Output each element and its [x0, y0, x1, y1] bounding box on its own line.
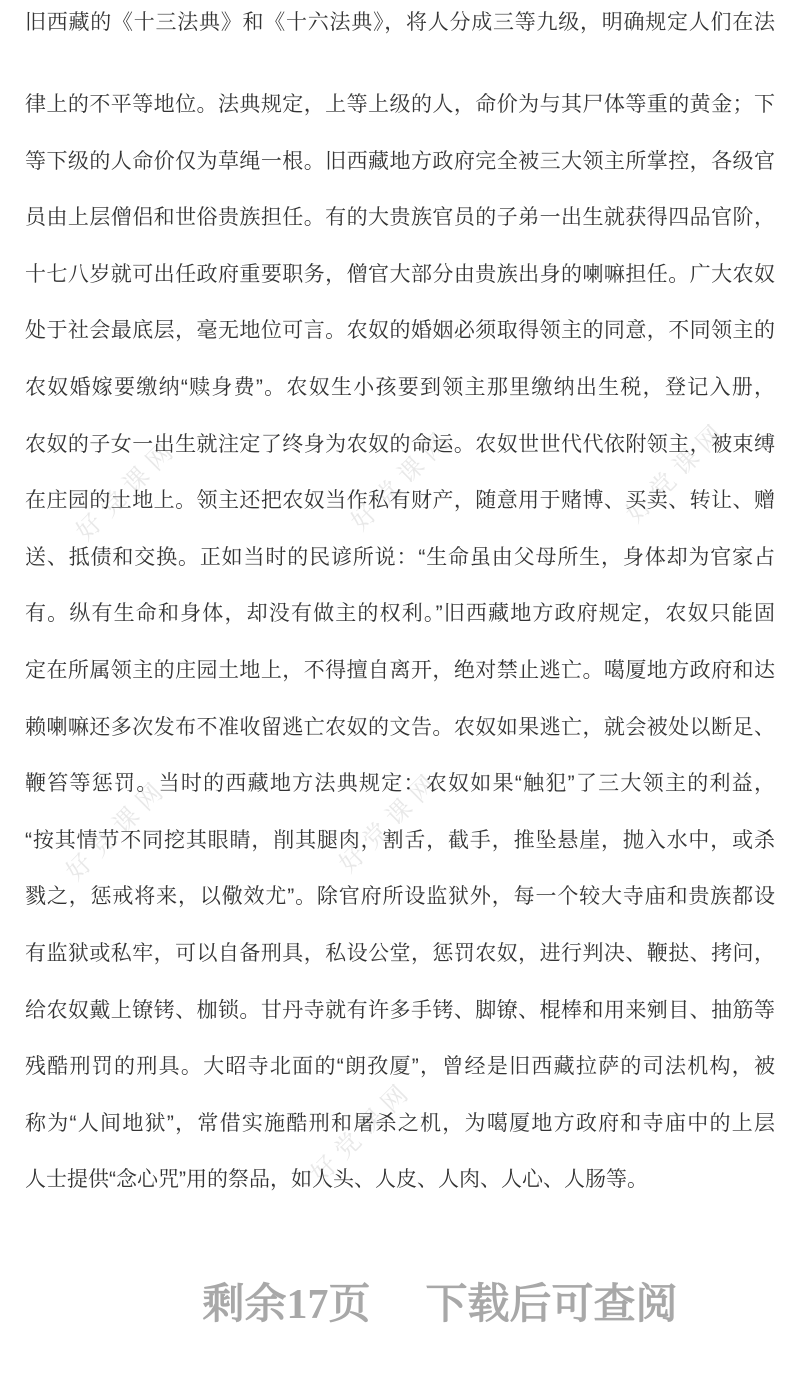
text-line: “按其情节不同挖其眼睛，削其腿肉，割舌，截手，推坠悬崖，抛入水中，或杀	[25, 813, 775, 870]
text-line: 律上的不平等地位。法典规定，上等上级的人，命价为与其尸体等重的黄金；下	[25, 77, 775, 134]
text-line: 人士提供“念心咒”用的祭品，如人头、人皮、人肉、人心、人肠等。	[25, 1152, 775, 1209]
text-line: 十七八岁就可出任政府重要职务，僧官大部分由贵族出身的喇嘛担任。广大农奴	[25, 247, 775, 304]
text-line: 定在所属领主的庄园土地上，不得擅自离开，绝对禁止逃亡。噶厦地方政府和达	[25, 643, 775, 700]
text-line: 有监狱或私牢，可以自备刑具，私设公堂，惩罚农奴，进行判决、鞭挞、拷问，	[25, 926, 775, 983]
text-line: 处于社会最底层，毫无地位可言。农奴的婚姻必须取得领主的同意，不同领主的	[25, 303, 775, 360]
text-line: 员由上层僧侣和世俗贵族担任。有的大贵族官员的子弟一出生就获得四品官阶，	[25, 190, 775, 247]
text-line: 给农奴戴上镣铐、枷锁。甘丹寺就有许多手铐、脚镣、棍棒和用来剜目、抽筋等	[25, 983, 775, 1040]
document-body: 旧西藏的《十三法典》和《十六法典》，将人分成三等九级，明确规定人们在法律上的不平…	[25, 0, 775, 1209]
text-line: 残酷刑罚的刑具。大昭寺北面的“朗孜厦”，曾经是旧西藏拉萨的司法机构，被	[25, 1039, 775, 1096]
text-line: 戮之，惩戒将来，以儆效尤”。除官府所设监狱外，每一个较大寺庙和贵族都设	[25, 869, 775, 926]
text-line: 鞭笞等惩罚。当时的西藏地方法典规定：农奴如果“触犯”了三大领主的利益，	[25, 756, 775, 813]
text-line: 赖喇嘛还多次发布不准收留逃亡农奴的文告。农奴如果逃亡，就会被处以断足、	[25, 700, 775, 757]
text-line: 农奴婚嫁要缴纳“赎身费”。农奴生小孩要到领主那里缴纳出生税，登记入册，	[25, 360, 775, 417]
remaining-pages-label: 剩余17页	[202, 1283, 370, 1327]
text-line: 农奴的子女一出生就注定了终身为农奴的命运。农奴世世代代依附领主，被束缚	[25, 417, 775, 474]
text-line: 有。纵有生命和身体，却没有做主的权利。”旧西藏地方政府规定，农奴只能固	[25, 586, 775, 643]
download-hint-label: 下载后可查阅	[426, 1283, 678, 1327]
text-line: 送、抵债和交换。正如当时的民谚所说：“生命虽由父母所生，身体却为官家占	[25, 530, 775, 587]
text-line: 在庄园的土地上。领主还把农奴当作私有财产，随意用于赌博、买卖、转让、赠	[25, 473, 775, 530]
pages-remaining-notice: 剩余17页 下载后可查阅	[40, 1283, 800, 1327]
document-page: 好党课网好党课网好党课网好党课网好党课网好党课网 旧西藏的《十三法典》和《十六法…	[0, 0, 800, 1388]
text-line: 称为“人间地狱”，常借实施酷刑和屠杀之机，为噶厦地方政府和寺庙中的上层	[25, 1096, 775, 1153]
text-line: 旧西藏的《十三法典》和《十六法典》，将人分成三等九级，明确规定人们在法	[25, 0, 775, 46]
text-line: 等下级的人命价仅为草绳一根。旧西藏地方政府完全被三大领主所掌控，各级官	[25, 134, 775, 191]
